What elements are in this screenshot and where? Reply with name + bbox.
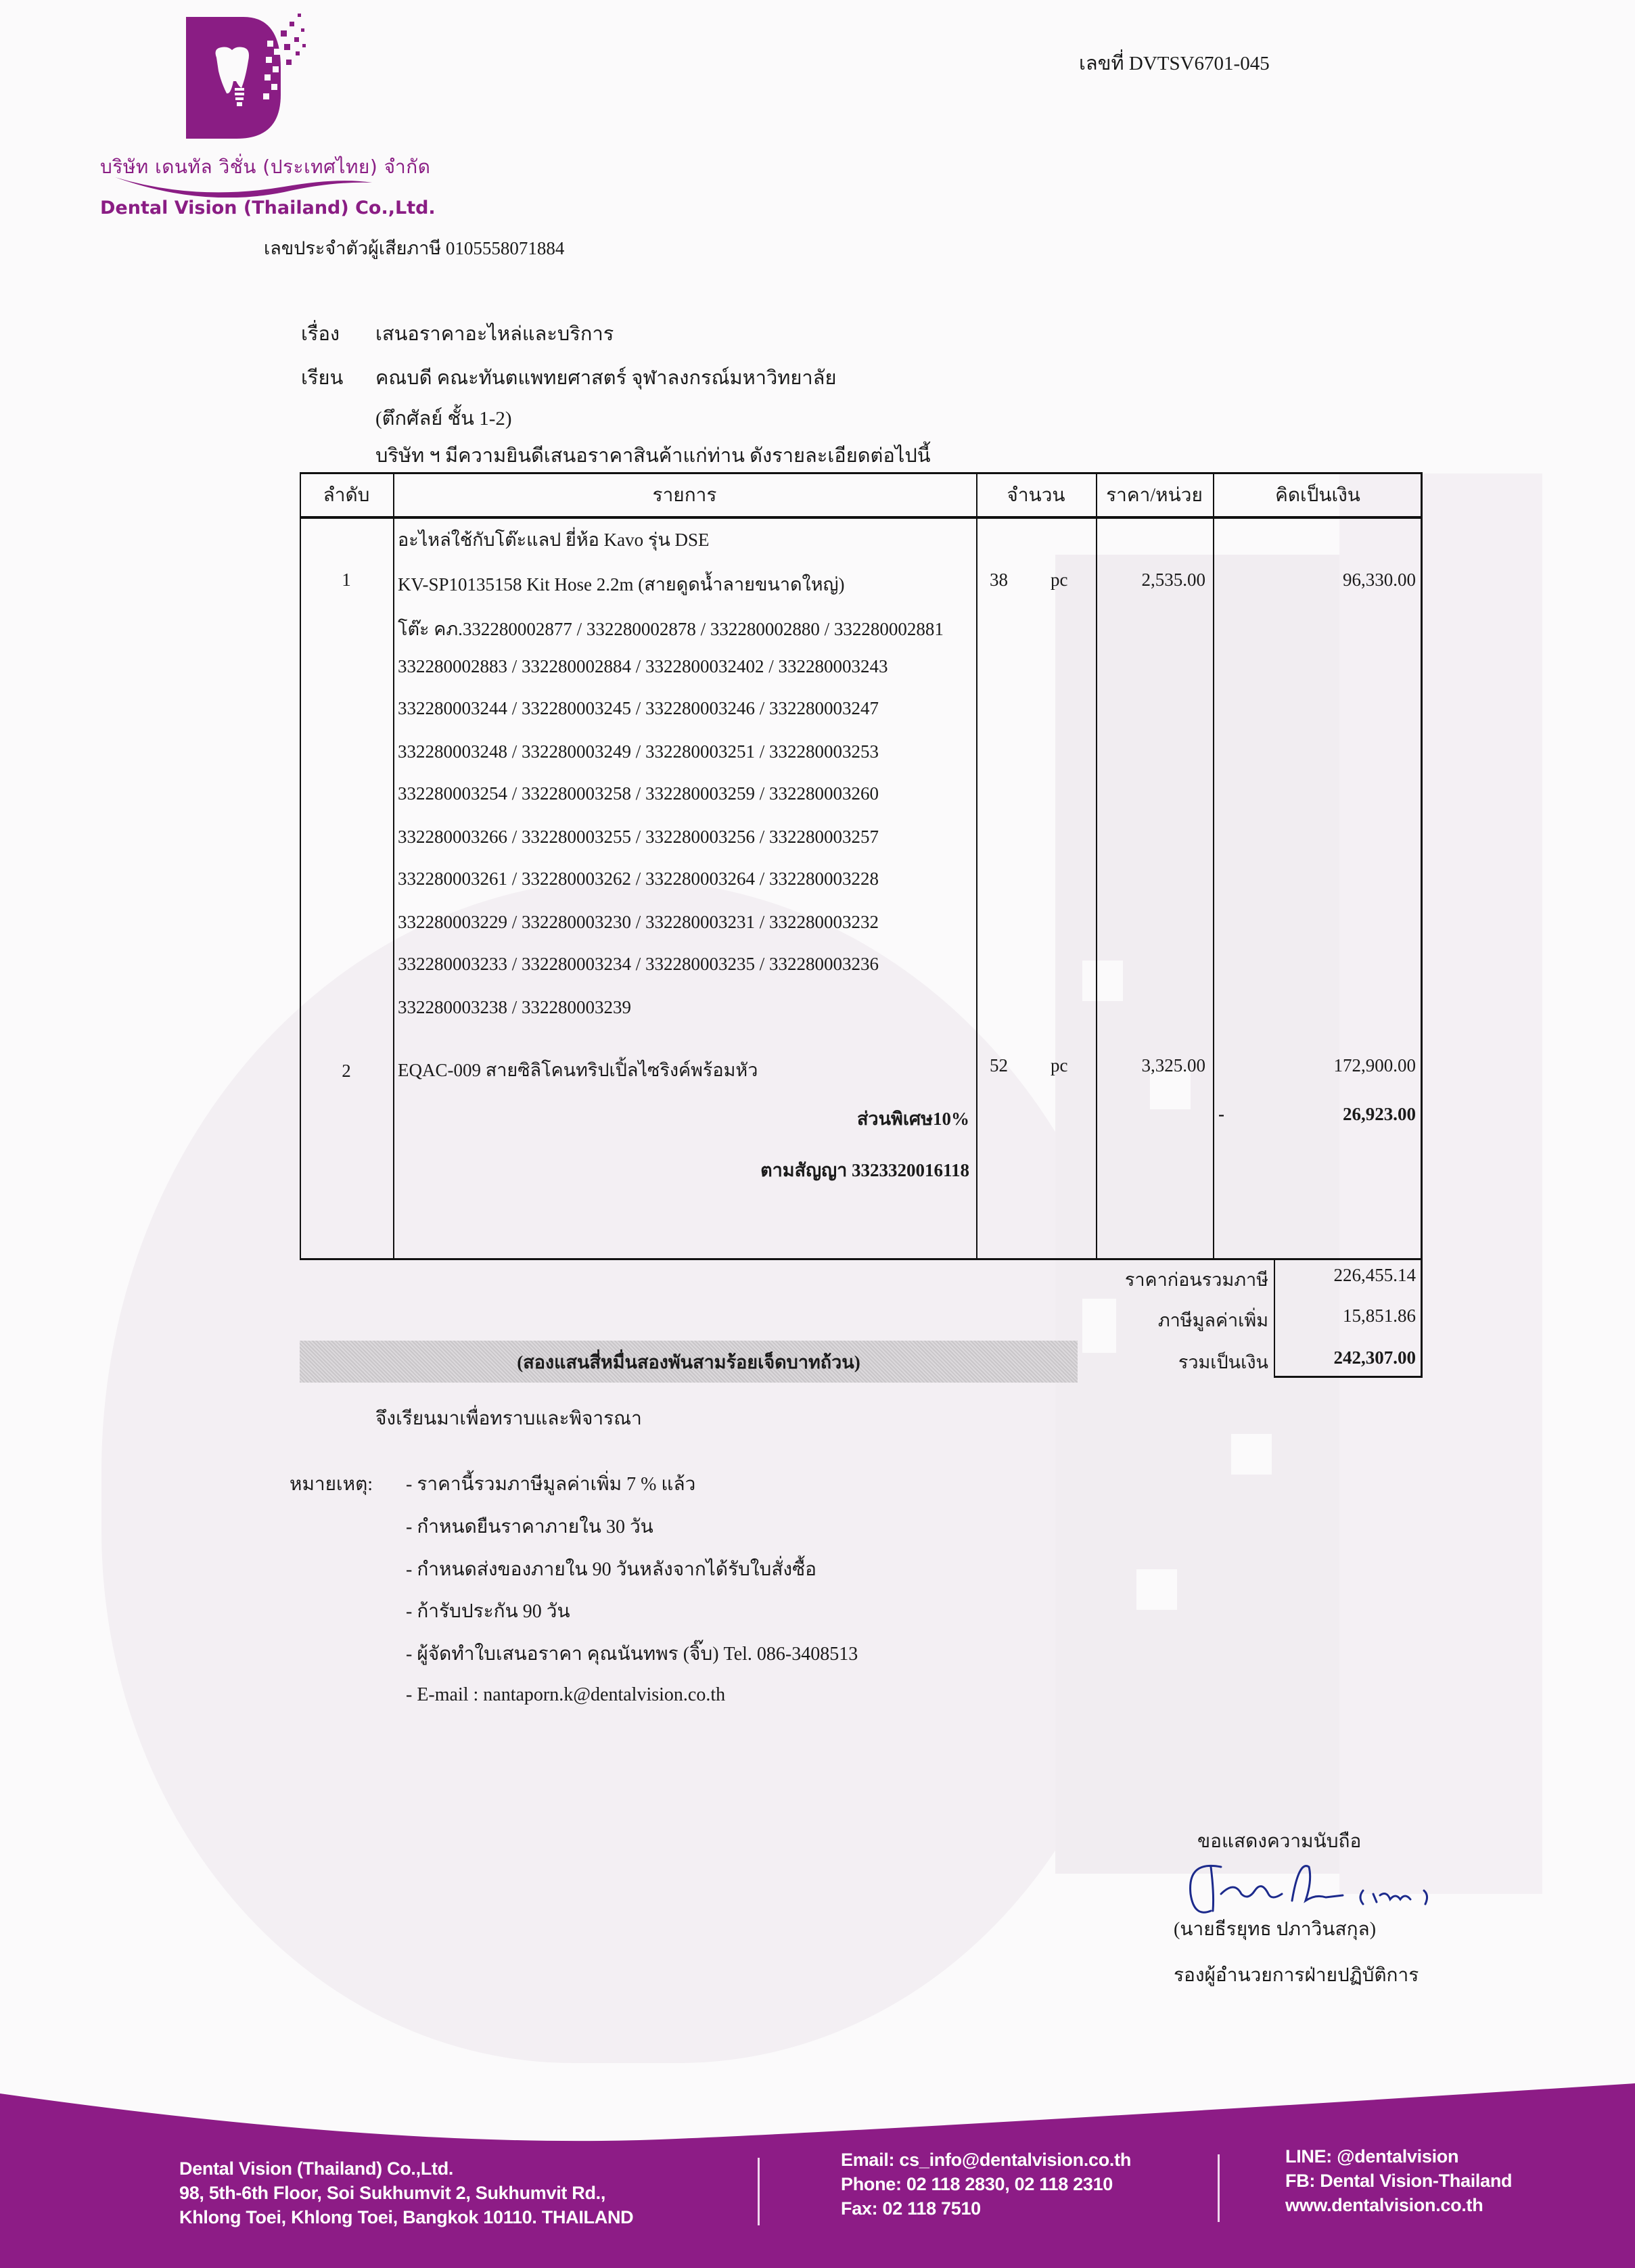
- item-unit-price: 2,535.00: [1096, 570, 1205, 591]
- serial-line: 332280003233 / 332280003234 / 3322800032…: [398, 954, 879, 975]
- footer-email[interactable]: Email: cs_info@dentalvision.co.th: [841, 2148, 1131, 2172]
- recipient-line-2: (ตึกศัลย์ ชั้น 1-2): [375, 402, 512, 434]
- note-item: - ราคานี้รวมภาษีมูลค่าเพิ่ม 7 % แล้ว: [406, 1469, 695, 1499]
- col-header-description: รายการ: [393, 480, 976, 510]
- tax-id: เลขประจำตัวผู้เสียภาษี 0105558071884: [264, 233, 564, 262]
- footer-social-block: LINE: @dentalvision FB: Dental Vision-Th…: [1285, 2144, 1512, 2217]
- serial-line: 332280003248 / 332280003249 / 3322800032…: [398, 741, 879, 762]
- subtotal-label: ราคาก่อนรวมภาษี: [998, 1265, 1268, 1294]
- logo-swoosh: [115, 175, 372, 198]
- serial-line: 332280003238 / 332280003239: [398, 997, 631, 1018]
- company-name-english: Dental Vision (Thailand) Co.,Ltd.: [100, 198, 436, 218]
- serial-line: 332280002883 / 332280002884 / 3322800032…: [398, 656, 888, 677]
- regards-text: ขอแสดงความนับถือ: [1197, 1826, 1361, 1856]
- footer-fax: Fax: 02 118 7510: [841, 2196, 1131, 2221]
- footer-band: Dental Vision (Thailand) Co.,Ltd. 98, 5t…: [0, 2063, 1635, 2268]
- signatory-name: (นายธีรยุทธ ปภาวินสกุล): [1174, 1914, 1376, 1944]
- footer-website[interactable]: www.dentalvision.co.th: [1285, 2193, 1512, 2217]
- intro-text: บริษัท ฯ มีความยินดีเสนอราคาสินค้าแก่ท่า…: [375, 440, 931, 471]
- contract-number: ตามสัญญา 3323320016118: [398, 1155, 969, 1184]
- col-header-qty: จำนวน: [976, 480, 1096, 510]
- footer-phone: Phone: 02 118 2830, 02 118 2310: [841, 2172, 1131, 2196]
- subtotal-value: 226,455.14: [1281, 1265, 1416, 1286]
- signatory-title: รองผู้อำนวยการฝ่ายปฏิบัติการ: [1174, 1960, 1419, 1990]
- footer-facebook: FB: Dental Vision-Thailand: [1285, 2169, 1512, 2193]
- vat-label: ภาษีมูลค่าเพิ่ม: [998, 1305, 1268, 1335]
- discount-amount: 26,923.00: [1213, 1104, 1416, 1125]
- item-qty: 38: [990, 570, 1008, 591]
- company-logo: [179, 7, 348, 142]
- notes-label: หมายเหตุ:: [290, 1469, 373, 1499]
- note-item: - ผู้จัดทำใบเสนอราคา คุณนันทพร (จิ๊บ) Te…: [406, 1639, 858, 1669]
- total-value: 242,307.00: [1281, 1347, 1416, 1368]
- recipient-line-1: คณบดี คณะทันตแพทยศาสตร์ จุฬาลงกรณ์มหาวิท…: [375, 362, 836, 393]
- serial-line: 332280003244 / 332280003245 / 3322800032…: [398, 698, 879, 719]
- document-number: เลขที่ DVTSV6701-045: [1079, 47, 1270, 78]
- vat-value: 15,851.86: [1281, 1305, 1416, 1326]
- item-description: KV-SP10135158 Kit Hose 2.2m (สายดูดน้ำลา…: [398, 570, 845, 599]
- col-header-unit-price: ราคา/หน่วย: [1096, 480, 1213, 510]
- discount-label: ส่วนพิเศษ10%: [398, 1104, 969, 1133]
- footer-address-2: Khlong Toei, Khlong Toei, Bangkok 10110.…: [179, 2205, 633, 2229]
- col-header-no: ลำดับ: [300, 480, 393, 510]
- footer-address-1: 98, 5th-6th Floor, Soi Sukhumvit 2, Sukh…: [179, 2181, 633, 2205]
- quotation-table: ลำดับ รายการ จำนวน ราคา/หน่วย คิดเป็นเงิ…: [300, 472, 1423, 1260]
- subject-label: เรื่อง: [301, 318, 340, 349]
- col-header-amount: คิดเป็นเงิน: [1213, 480, 1423, 510]
- item-no: 2: [300, 1061, 393, 1082]
- footer-contact-block: Email: cs_info@dentalvision.co.th Phone:…: [841, 2148, 1131, 2221]
- recipient-label: เรียน: [301, 362, 343, 393]
- item-amount: 172,900.00: [1213, 1055, 1416, 1076]
- note-item: - E-mail : nantaporn.k@dentalvision.co.t…: [406, 1684, 725, 1706]
- serial-line: 332280003254 / 332280003258 / 3322800032…: [398, 783, 879, 804]
- closing-text: จึงเรียนมาเพื่อทราบและพิจารณา: [375, 1404, 642, 1433]
- item-unit: pc: [1051, 1055, 1067, 1076]
- item-no: 1: [300, 570, 393, 591]
- footer-company-block: Dental Vision (Thailand) Co.,Ltd. 98, 5t…: [179, 2156, 633, 2229]
- subject-text: เสนอราคาอะไหล่และบริการ: [375, 318, 614, 349]
- serial-line: 332280003266 / 332280003255 / 3322800032…: [398, 827, 879, 848]
- note-item: - กำหนดส่งของภายใน 90 วันหลังจากได้รับใบ…: [406, 1554, 816, 1584]
- total-in-words: (สองแสนสี่หมื่นสองพันสามร้อยเจ็ดบาทถ้วน): [300, 1347, 1078, 1376]
- item-qty: 52: [990, 1055, 1008, 1076]
- serial-line: 332280003229 / 332280003230 / 3322800032…: [398, 912, 879, 933]
- note-item: - ก้ารับประกัน 90 วัน: [406, 1596, 570, 1626]
- footer-company: Dental Vision (Thailand) Co.,Ltd.: [179, 2156, 633, 2181]
- serial-line: 332280003261 / 332280003262 / 3322800032…: [398, 869, 879, 889]
- footer-divider: [758, 2158, 760, 2225]
- footer-divider: [1218, 2154, 1220, 2222]
- item-unit-price: 3,325.00: [1096, 1055, 1205, 1076]
- item-description: EQAC-009 สายซิลิโคนทริปเปิ้ลไซริงค์พร้อม…: [398, 1055, 758, 1084]
- footer-line: LINE: @dentalvision: [1285, 2144, 1512, 2169]
- item-amount: 96,330.00: [1213, 570, 1416, 591]
- item-heading: อะไหล่ใช้กับโต๊ะแลป ยี่ห้อ Kavo รุ่น DSE: [398, 525, 710, 554]
- serial-line: โต๊ะ คภ.332280002877 / 332280002878 / 33…: [398, 614, 944, 643]
- item-unit: pc: [1051, 570, 1067, 591]
- note-item: - กำหนดยืนราคาภายใน 30 วัน: [406, 1512, 653, 1542]
